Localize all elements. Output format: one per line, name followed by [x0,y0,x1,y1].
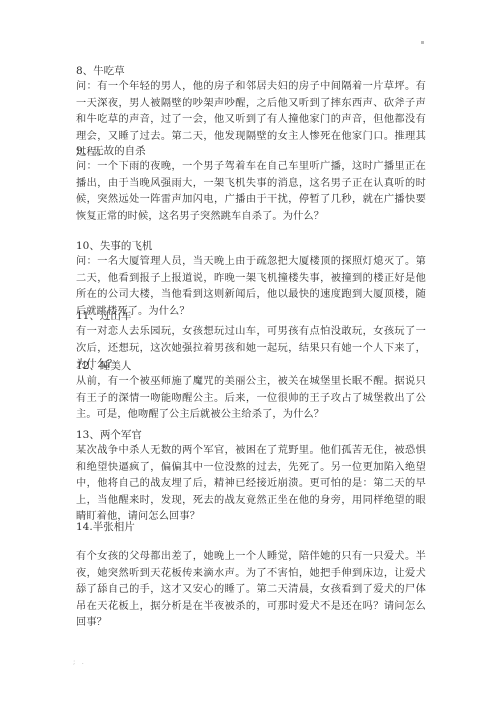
scan-speck [421,41,424,44]
riddle-12: 12、睡美人 从前，有一个被巫师施了魔咒的美丽公主，被关在城堡里长眠不醒。据说只… [76,359,426,424]
riddle-title: 8、牛吃草 [76,64,426,79]
riddle-body: 有个女孩的父母都出差了，她晚上一个人睡觉，陪伴她的只有一只爱犬。半夜，她突然听到… [76,549,426,632]
riddle-10: 10、失事的飞机 问：一名大厦管理人员，当天晚上由于疏忽把大厦楼顶的探照灯熄灭了… [76,239,426,320]
riddle-13: 13、两个军官 某次战争中杀人无数的两个军官，被困在了荒野里。他们孤苦无住，被恐… [76,428,426,526]
riddle-title: 10、失事的飞机 [76,239,426,254]
riddle-title: 13、两个军官 [76,428,426,443]
riddle-14: 14.半张相片 有个女孩的父母都出差了，她晚上一个人睡觉，陪伴她的只有一只爱犬。… [76,520,426,632]
riddle-body: 从前，有一个被巫师施了魔咒的美丽公主，被关在城堡里长眠不醒。据说只有王子的深情一… [76,374,426,424]
riddle-body: 某次战争中杀人无数的两个军官，被困在了荒野里。他们孤苦无住，被恐惧和绝望快逼疯了… [76,443,426,526]
riddle-body: 问：一个下雨的夜晚，一个男子驾着车在自己车里听广播，这时广播里正在播出，由于当晚… [76,159,426,225]
riddle-9: 9、无故的自杀 问：一个下雨的夜晚，一个男子驾着车在自己车里听广播，这时广播里正… [76,144,426,225]
document-page: 8、牛吃草 问：有一个年轻的男人，他的房子和邻居夫妇的房子中间隔着一片草坪。有一… [0,0,500,708]
riddle-title: 9、无故的自杀 [76,144,426,159]
page-footer-mark: ; . [73,658,86,666]
riddle-title: 14.半张相片 [76,520,426,535]
riddle-title: 12、睡美人 [76,359,426,374]
riddle-title: 11、过山车 [76,309,426,324]
